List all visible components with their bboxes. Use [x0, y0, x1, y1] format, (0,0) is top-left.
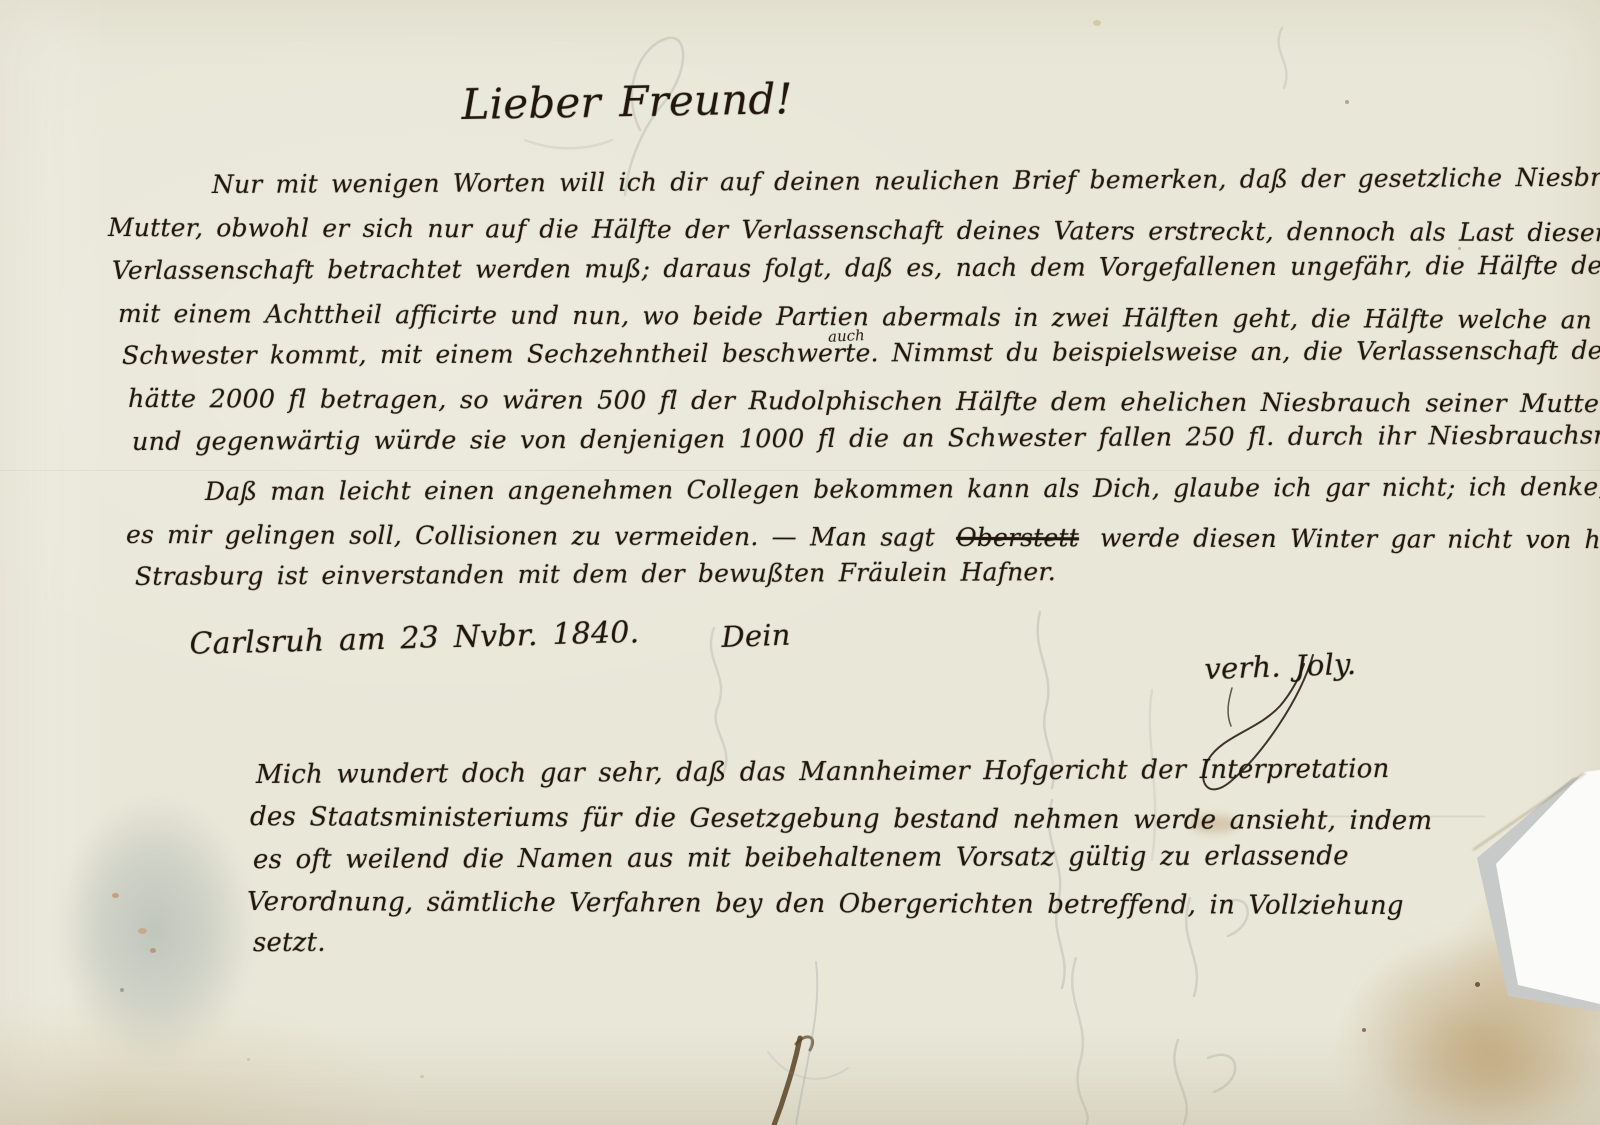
paper-speck [1345, 100, 1349, 104]
seal-stain [55, 795, 255, 1065]
postscript-line: Mich wundert doch gar sehr, daß das Mann… [256, 754, 1390, 790]
postscript-line: des Staatsministeriums für die Gesetzgeb… [250, 802, 1432, 836]
foxing-smudge [1390, 1015, 1600, 1125]
handwriting-line: es mir gelingen soll, Collisionen zu ver… [126, 520, 1600, 555]
postscript-line: setzt. [253, 928, 326, 958]
handwriting-line: Mutter, obwohl er sich nur auf die Hälft… [108, 213, 1600, 248]
struck-word: Oberstett [956, 523, 1079, 552]
paper-speck [1458, 247, 1461, 250]
letter-scan: Lieber Freund! Nur mit wenigen Worten wi… [0, 0, 1600, 1125]
handwriting-line: Nur mit wenigen Worten will ich dir auf … [212, 162, 1600, 199]
fold-crease [0, 470, 1600, 471]
paper-speck [420, 1075, 424, 1078]
handwriting-line: Strasburg ist einverstanden mit dem der … [135, 557, 1056, 591]
stain-speck [120, 988, 124, 992]
signature: verh. Joly. [1204, 647, 1357, 686]
line-segment: es mir gelingen soll, Collisionen zu ver… [126, 520, 935, 552]
stain-speck [112, 893, 119, 898]
valediction: Dein [721, 618, 791, 654]
paper-speck [1475, 982, 1480, 987]
line-segment: werde diesen Winter gar nicht von hier w… [1100, 523, 1600, 554]
salutation: Lieber Freund! [461, 74, 793, 129]
paper-speck [247, 1058, 250, 1061]
handwriting-line: und gegenwärtig würde sie von denjenigen… [132, 420, 1600, 457]
paper-speck [1362, 1028, 1366, 1032]
postscript-line: Verordnung, sämtliche Verfahren bey den … [247, 887, 1404, 921]
handwriting-line: Daß man leicht einen angenehmen Collegen… [205, 471, 1600, 506]
stain-speck [138, 928, 147, 934]
handwriting-line: hätte 2000 fl betragen, so wären 500 fl … [128, 384, 1600, 420]
stain-speck [150, 948, 156, 953]
postscript-line: es oft weilend die Namen aus mit beibeha… [253, 841, 1349, 875]
paper-speck [1093, 20, 1101, 26]
handwriting-line: Verlassenschaft betrachtet werden muß; d… [112, 250, 1600, 285]
interlinear-insertion: auch [828, 326, 866, 346]
dateline: Carlsruh am 23 Nvbr. 1840. [189, 615, 640, 662]
